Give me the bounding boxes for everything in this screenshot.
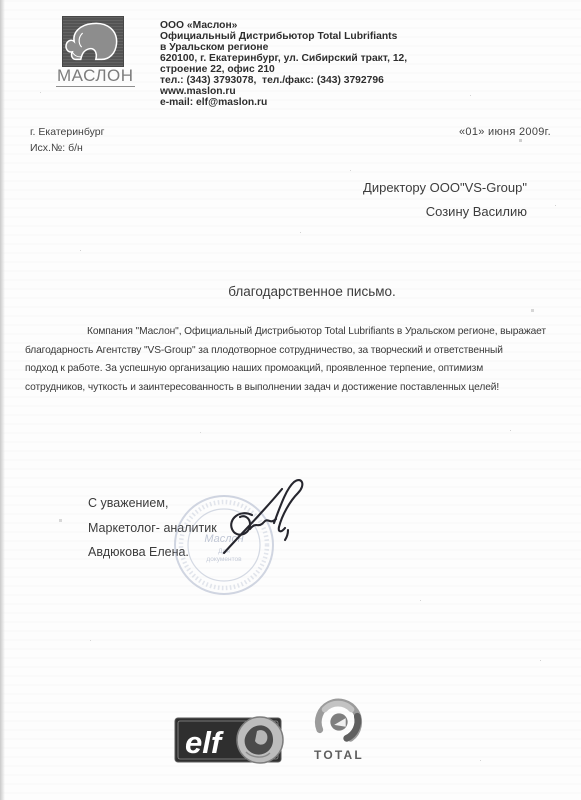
city-line: г. Екатеринбург	[30, 126, 104, 138]
scan-noise-speckles	[0, 0, 1, 1]
letter-title: благодарственное письмо.	[42, 284, 581, 299]
addressee-block: Директору ООО"VS-Group" Созину Василию	[363, 176, 527, 224]
letterhead-line-website: www.maslon.ru	[160, 86, 407, 97]
letterhead-line-address1: 620100, г. Екатеринбург, ул. Сибирский т…	[160, 53, 407, 64]
date-line: «01» июня 2009г.	[459, 126, 551, 138]
handwritten-signature	[218, 470, 310, 564]
total-emblem-icon	[314, 697, 364, 747]
elf-emblem-icon	[237, 717, 283, 763]
letterhead-line-phones: тел.: (343) 3793078, тел./факс: (343) 37…	[160, 75, 407, 86]
elephant-icon	[63, 17, 123, 66]
scanned-letter-page: МАСЛОН ООО «Маслон» Официальный Дистрибь…	[0, 0, 581, 800]
body-line: Компания "Маслон", Официальный Дистрибью…	[25, 323, 573, 342]
scan-edge-shadow	[0, 0, 5, 800]
body-line: благодарность Агентству "VS-Group" за пл…	[25, 342, 573, 361]
letterhead-line-distributor: Официальный Дистрибьютор Total Lubrifian…	[160, 31, 407, 42]
letterhead-line-email: e-mail: elf@maslon.ru	[160, 97, 407, 108]
outgoing-ref-number: Исх.№: б/н	[30, 142, 83, 154]
total-wordmark: TOTAL	[303, 748, 375, 762]
addressee-name: Созину Василию	[363, 200, 527, 224]
letter-body: Компания "Маслон", Официальный Дистрибью…	[25, 323, 573, 397]
letterhead-line-region: в Уральском регионе	[160, 42, 407, 53]
maslon-logo-wordmark: МАСЛОН	[56, 67, 135, 87]
maslon-logo	[62, 16, 124, 67]
letterhead-line-address2: строение 22, офис 210	[160, 64, 407, 75]
letterhead-text-block: ООО «Маслон» Официальный Дистрибьютор To…	[160, 20, 407, 108]
elf-wordmark: elf	[185, 725, 224, 760]
total-logo: TOTAL	[303, 697, 375, 762]
body-line: сотрудников, чуткость и заинтересованнос…	[25, 379, 573, 398]
letterhead-line-company: ООО «Маслон»	[160, 20, 407, 31]
addressee-position: Директору ООО"VS-Group"	[363, 176, 527, 200]
body-line: подход к работе. За успешную организацию…	[25, 360, 573, 379]
elf-logo: elf	[172, 712, 292, 768]
